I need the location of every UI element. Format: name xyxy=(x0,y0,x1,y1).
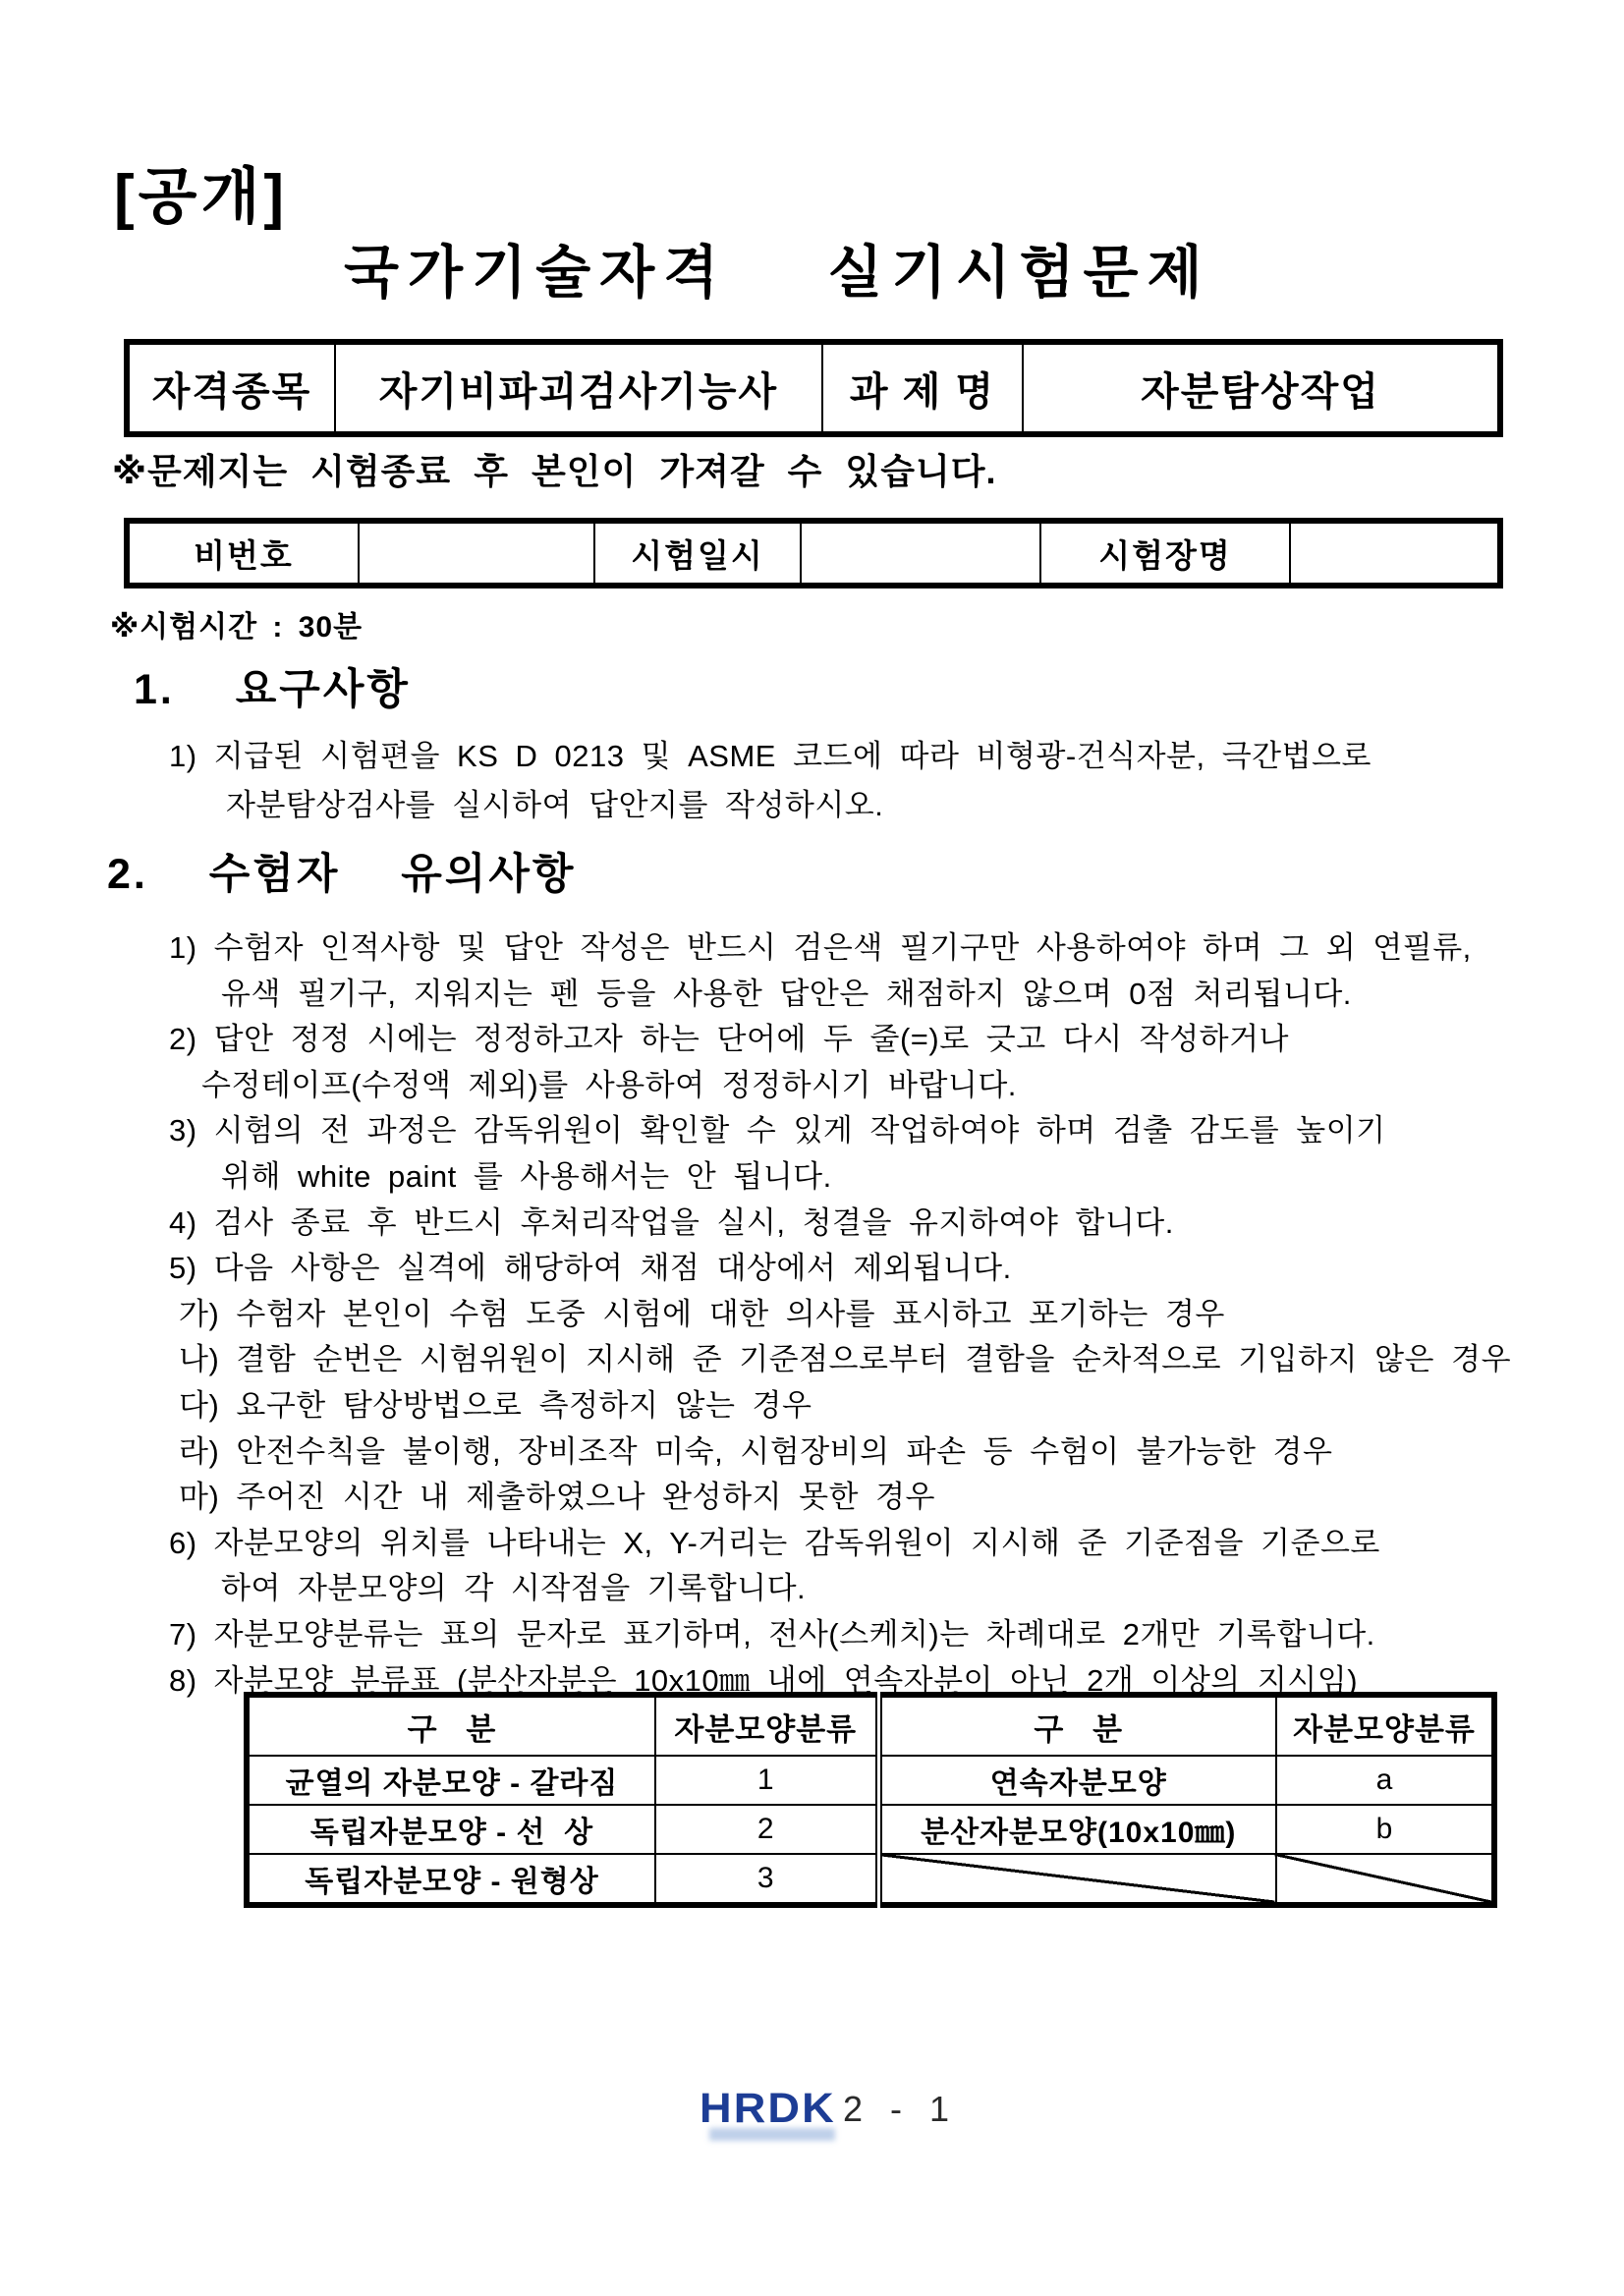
qualification-label-cell: 자격종목 xyxy=(127,342,335,434)
notice-line: 5) 다음 사항은 실격에 해당하여 채점 대상에서 제외됩니다. xyxy=(108,1246,1523,1292)
section-heading-notices: 2. 수험자 유의사항 xyxy=(107,841,576,901)
empty-diagonal-cell xyxy=(878,1854,1276,1905)
notice-line: 하여 자분모양의 각 시작점을 기록합니다. xyxy=(108,1566,1523,1612)
notices-list: 1) 수험자 인적사항 및 답안 작성은 반드시 검은색 필기구만 사용하여야 … xyxy=(108,925,1523,1704)
category-cell: 연속자분모양 xyxy=(878,1756,1276,1805)
notice-line: 2) 답안 정정 시에는 정정하고자 하는 단어에 두 줄(=)로 긋고 다시 … xyxy=(108,1017,1523,1063)
table-header-row: 구 분 자분모양분류 구 분 자분모양분류 xyxy=(247,1695,1494,1756)
notice-subline: 마) 주어진 시간 내 제출하였으나 완성하지 못한 경우 xyxy=(108,1475,1523,1521)
notice-subline: 다) 요구한 탐상방법으로 측정하지 않는 경우 xyxy=(108,1383,1523,1429)
classification-table: 구 분 자분모양분류 구 분 자분모양분류 균열의 자분모양 - 갈라짐 1 연… xyxy=(244,1692,1497,1908)
candidate-no-label-cell: 비번호 xyxy=(127,521,359,586)
table-row: 비번호 시험일시 시험장명 xyxy=(127,521,1500,586)
section-heading-requirements: 1. 요구사항 xyxy=(134,656,411,716)
class-value-cell: 2 xyxy=(655,1805,878,1854)
hrdk-logo: HRDK xyxy=(700,2085,836,2133)
category-cell: 독립자분모양 - 원형상 xyxy=(247,1854,655,1905)
notice-subline: 가) 수험자 본인이 수험 도중 시험에 대한 의사를 표시하고 포기하는 경우 xyxy=(108,1292,1523,1338)
notice-line: 3) 시험의 전 과정은 감독위원이 확인할 수 있게 작업하여야 하며 검출 … xyxy=(108,1108,1523,1154)
class-value-cell: b xyxy=(1276,1805,1494,1854)
table-row: 독립자분모양 - 원형상 3 xyxy=(247,1854,1494,1905)
requirement-line: 자분탐상검사를 실시하여 답안지를 작성하시오. xyxy=(226,780,883,824)
notice-subline: 나) 결함 순번은 시험위원이 지시해 준 기준점으로부터 결함을 순차적으로 … xyxy=(108,1337,1523,1383)
header-category-1: 구 분 xyxy=(247,1695,655,1756)
exam-site-value-cell xyxy=(1290,521,1500,586)
info-table: 자격종목 자기비파괴검사기능사 과 제 명 자분탐상작업 xyxy=(124,339,1503,437)
category-cell: 균열의 자분모양 - 갈라짐 xyxy=(247,1756,655,1805)
disclosure-tag: [공개] xyxy=(114,147,288,235)
subject-value-cell: 자분탐상작업 xyxy=(1023,342,1500,434)
notice-line: 수정테이프(수정액 제외)를 사용하여 정정하시기 바랍니다. xyxy=(108,1063,1523,1109)
notice-line: 4) 검사 종료 후 반드시 후처리작업을 실시, 청결을 유지하여야 합니다. xyxy=(108,1201,1523,1247)
session-table: 비번호 시험일시 시험장명 xyxy=(124,518,1503,588)
note-take-home: ※문제지는 시험종료 후 본인이 가져갈 수 있습니다. xyxy=(112,444,997,494)
notice-line: 6) 자분모양의 위치를 나타내는 X, Y-거리는 감독위원이 지시해 준 기… xyxy=(108,1521,1523,1567)
notice-line: 7) 자분모양분류는 표의 문자로 표기하며, 전사(스케치)는 차례대로 2개… xyxy=(108,1612,1523,1658)
page-number: 2 - 1 xyxy=(843,2089,958,2130)
class-value-cell: 1 xyxy=(655,1756,878,1805)
category-cell: 독립자분모양 - 선 상 xyxy=(247,1805,655,1854)
note-exam-time: ※시험시간 : 30분 xyxy=(110,602,363,645)
header-class-2: 자분모양분류 xyxy=(1276,1695,1494,1756)
notice-line: 위해 white paint 를 사용해서는 안 됩니다. xyxy=(108,1154,1523,1201)
header-category-2: 구 분 xyxy=(878,1695,1276,1756)
requirement-line: 1) 지급된 시험편을 KS D 0213 및 ASME 코드에 따라 비형광-… xyxy=(169,731,1372,775)
exam-site-label-cell: 시험장명 xyxy=(1040,521,1290,586)
page-title: 국가기술자격 실기시험문제 xyxy=(344,226,1211,308)
table-row: 독립자분모양 - 선 상 2 분산자분모양(10x10㎜) b xyxy=(247,1805,1494,1854)
exam-datetime-value-cell xyxy=(801,521,1040,586)
exam-datetime-label-cell: 시험일시 xyxy=(594,521,801,586)
category-cell: 분산자분모양(10x10㎜) xyxy=(878,1805,1276,1854)
subject-label-cell: 과 제 명 xyxy=(822,342,1023,434)
exam-document-page: [공개] 국가기술자격 실기시험문제 자격종목 자기비파괴검사기능사 과 제 명… xyxy=(0,0,1624,2296)
class-value-cell: a xyxy=(1276,1756,1494,1805)
notice-subline: 라) 안전수칙을 불이행, 장비조작 미숙, 시험장비의 파손 등 수험이 불가… xyxy=(108,1429,1523,1476)
table-row: 균열의 자분모양 - 갈라짐 1 연속자분모양 a xyxy=(247,1756,1494,1805)
notice-line: 1) 수험자 인적사항 및 답안 작성은 반드시 검은색 필기구만 사용하여야 … xyxy=(108,925,1523,972)
empty-diagonal-cell xyxy=(1276,1854,1494,1905)
header-class-1: 자분모양분류 xyxy=(655,1695,878,1756)
candidate-no-value-cell xyxy=(359,521,594,586)
notice-line: 유색 필기구, 지워지는 펜 등을 사용한 답안은 채점하지 않으며 0점 처리… xyxy=(108,972,1523,1018)
table-row: 자격종목 자기비파괴검사기능사 과 제 명 자분탐상작업 xyxy=(127,342,1500,434)
qualification-value-cell: 자기비파괴검사기능사 xyxy=(335,342,822,434)
hrdk-logo-ghost-subtext xyxy=(709,2128,835,2141)
class-value-cell: 3 xyxy=(655,1854,878,1905)
